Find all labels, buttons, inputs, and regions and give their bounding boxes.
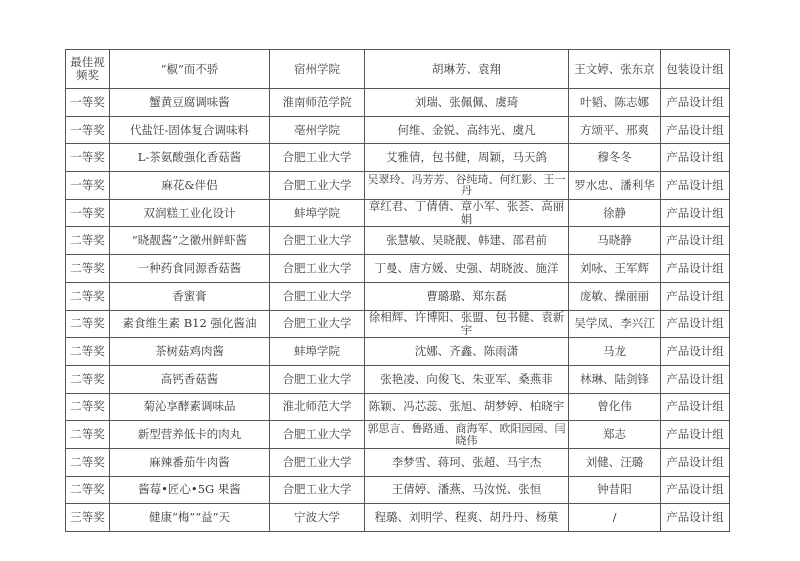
- advisors-cell: 穆冬冬: [569, 144, 661, 172]
- award-cell: 一等奖: [66, 172, 110, 200]
- table-row: 二等奖 新型营养低卡的肉丸 合肥工业大学 郭思言、鲁路通、商海军、欧阳园园、闫晓…: [66, 421, 730, 449]
- school-cell: 蚌埠学院: [270, 199, 365, 227]
- members-cell: 张艳凌、向俊飞、朱亚军、桑燕菲: [365, 365, 569, 393]
- table-row: 一等奖 麻花&伴侣 合肥工业大学 吴翠玲、冯芳芳、谷纯琦、何红影、王一丹 罗水忠…: [66, 172, 730, 200]
- table-row: 三等奖 健康“梅”“益”天 宁波大学 程璐、刘明学、程爽、胡丹丹、杨菓 / 产品…: [66, 504, 730, 532]
- group-cell: 产品设计组: [661, 365, 730, 393]
- advisors-cell: 叶韬、陈志娜: [569, 89, 661, 117]
- table-row: 一等奖 L-茶氨酸强化香菇酱 合肥工业大学 艾雅倩，包书健，周颖，马天鸽 穆冬冬…: [66, 144, 730, 172]
- group-cell: 产品设计组: [661, 393, 730, 421]
- members-cell: 胡琳芳、袁翔: [365, 50, 569, 89]
- awards-table: 最佳视频奖 “椒”而不骄 宿州学院 胡琳芳、袁翔 王文婷、张东京 包装设计组 一…: [65, 49, 730, 532]
- project-cell: 代盐饪-固体复合调味料: [110, 116, 270, 144]
- table-row: 二等奖 香蜜膏 合肥工业大学 曹璐璐、郑东磊 庞敏、操丽丽 产品设计组: [66, 282, 730, 310]
- award-cell: 一等奖: [66, 199, 110, 227]
- table-row: 一等奖 蟹黄豆腐调味酱 淮南师范学院 刘瑞、张佩佩、虞琦 叶韬、陈志娜 产品设计…: [66, 89, 730, 117]
- advisors-cell: 刘咏、王军辉: [569, 255, 661, 283]
- group-cell: 产品设计组: [661, 310, 730, 338]
- award-cell: 二等奖: [66, 476, 110, 504]
- advisors-cell: 林琳、陆剑锋: [569, 365, 661, 393]
- group-cell: 产品设计组: [661, 116, 730, 144]
- award-cell: 一等奖: [66, 116, 110, 144]
- group-cell: 产品设计组: [661, 338, 730, 366]
- table-row: 二等奖 一种药食同源香菇酱 合肥工业大学 丁曼、唐方媛、史强、胡晓波、施洋 刘咏…: [66, 255, 730, 283]
- table-row: 二等奖 麻辣番茄牛肉酱 合肥工业大学 李梦雪、蒋珂、张超、马宇杰 刘健、汪璐 产…: [66, 448, 730, 476]
- advisors-cell: 马晓静: [569, 227, 661, 255]
- group-cell: 产品设计组: [661, 504, 730, 532]
- award-cell: 一等奖: [66, 144, 110, 172]
- advisors-cell: 徐静: [569, 199, 661, 227]
- group-cell: 产品设计组: [661, 227, 730, 255]
- table-row: 最佳视频奖 “椒”而不骄 宿州学院 胡琳芳、袁翔 王文婷、张东京 包装设计组: [66, 50, 730, 89]
- project-cell: 蟹黄豆腐调味酱: [110, 89, 270, 117]
- members-cell: 何维、金锐、高纬光、虞凡: [365, 116, 569, 144]
- table-row: 一等奖 双润糕工业化设计 蚌埠学院 章红君、丁倩倩、章小军、张荟、高丽娟 徐静 …: [66, 199, 730, 227]
- table-row: 二等奖 素食维生素 B12 强化酱油 合肥工业大学 徐相辉、许博阳、张盟、包书健…: [66, 310, 730, 338]
- project-cell: 健康“梅”“益”天: [110, 504, 270, 532]
- table-row: 二等奖 茶树菇鸡肉酱 蚌埠学院 沈娜、齐鑫、陈雨潇 马龙 产品设计组: [66, 338, 730, 366]
- group-cell: 产品设计组: [661, 89, 730, 117]
- table-row: 二等奖 菊沁享酵素调味品 淮北师范大学 陈颖、冯芯蕊、张旭、胡梦婷、柏晓宇 曾化…: [66, 393, 730, 421]
- members-cell: 陈颖、冯芯蕊、张旭、胡梦婷、柏晓宇: [365, 393, 569, 421]
- members-cell: 王倩婷、潘燕、马汝悦、张恒: [365, 476, 569, 504]
- school-cell: 合肥工业大学: [270, 310, 365, 338]
- advisors-cell: 马龙: [569, 338, 661, 366]
- school-cell: 淮南师范学院: [270, 89, 365, 117]
- award-cell: 二等奖: [66, 255, 110, 283]
- advisors-cell: 吴学凤、李兴江: [569, 310, 661, 338]
- school-cell: 合肥工业大学: [270, 476, 365, 504]
- members-cell: 郭思言、鲁路通、商海军、欧阳园园、闫晓伟: [365, 421, 569, 449]
- members-cell: 李梦雪、蒋珂、张超、马宇杰: [365, 448, 569, 476]
- table-row: 二等奖 酱莓•匠心•5G 果酱 合肥工业大学 王倩婷、潘燕、马汝悦、张恒 钟昔阳…: [66, 476, 730, 504]
- school-cell: 合肥工业大学: [270, 365, 365, 393]
- group-cell: 产品设计组: [661, 476, 730, 504]
- school-cell: 宿州学院: [270, 50, 365, 89]
- group-cell: 产品设计组: [661, 199, 730, 227]
- project-cell: 一种药食同源香菇酱: [110, 255, 270, 283]
- members-cell: 沈娜、齐鑫、陈雨潇: [365, 338, 569, 366]
- award-cell: 三等奖: [66, 504, 110, 532]
- project-cell: 麻花&伴侣: [110, 172, 270, 200]
- award-cell: 一等奖: [66, 89, 110, 117]
- members-cell: 丁曼、唐方媛、史强、胡晓波、施洋: [365, 255, 569, 283]
- members-cell: 章红君、丁倩倩、章小军、张荟、高丽娟: [365, 199, 569, 227]
- project-cell: “椒”而不骄: [110, 50, 270, 89]
- members-cell: 张慧敏、吴晓靓、韩建、邵君前: [365, 227, 569, 255]
- members-cell: 刘瑞、张佩佩、虞琦: [365, 89, 569, 117]
- school-cell: 合肥工业大学: [270, 144, 365, 172]
- project-cell: 麻辣番茄牛肉酱: [110, 448, 270, 476]
- members-cell: 程璐、刘明学、程爽、胡丹丹、杨菓: [365, 504, 569, 532]
- school-cell: 合肥工业大学: [270, 282, 365, 310]
- project-cell: 酱莓•匠心•5G 果酱: [110, 476, 270, 504]
- advisors-cell: 方颂平、邢爽: [569, 116, 661, 144]
- school-cell: 合肥工业大学: [270, 421, 365, 449]
- school-cell: 亳州学院: [270, 116, 365, 144]
- school-cell: 合肥工业大学: [270, 227, 365, 255]
- school-cell: 合肥工业大学: [270, 255, 365, 283]
- members-cell: 吴翠玲、冯芳芳、谷纯琦、何红影、王一丹: [365, 172, 569, 200]
- table-row: 二等奖 高钙香菇酱 合肥工业大学 张艳凌、向俊飞、朱亚军、桑燕菲 林琳、陆剑锋 …: [66, 365, 730, 393]
- school-cell: 淮北师范大学: [270, 393, 365, 421]
- award-cell: 二等奖: [66, 448, 110, 476]
- award-cell: 二等奖: [66, 282, 110, 310]
- project-cell: 香蜜膏: [110, 282, 270, 310]
- group-cell: 产品设计组: [661, 172, 730, 200]
- award-cell: 二等奖: [66, 421, 110, 449]
- school-cell: 合肥工业大学: [270, 172, 365, 200]
- project-cell: 新型营养低卡的肉丸: [110, 421, 270, 449]
- group-cell: 产品设计组: [661, 282, 730, 310]
- award-cell: 二等奖: [66, 310, 110, 338]
- advisors-cell: 罗水忠、潘利华: [569, 172, 661, 200]
- group-cell: 产品设计组: [661, 421, 730, 449]
- project-cell: 高钙香菇酱: [110, 365, 270, 393]
- advisors-cell: 王文婷、张东京: [569, 50, 661, 89]
- award-cell: 二等奖: [66, 338, 110, 366]
- award-cell: 二等奖: [66, 393, 110, 421]
- table-row: 二等奖 “晓靓酱”之徽州鲜虾酱 合肥工业大学 张慧敏、吴晓靓、韩建、邵君前 马晓…: [66, 227, 730, 255]
- group-cell: 包装设计组: [661, 50, 730, 89]
- project-cell: “晓靓酱”之徽州鲜虾酱: [110, 227, 270, 255]
- advisors-cell: 庞敏、操丽丽: [569, 282, 661, 310]
- group-cell: 产品设计组: [661, 448, 730, 476]
- project-cell: 茶树菇鸡肉酱: [110, 338, 270, 366]
- advisors-cell: 郑志: [569, 421, 661, 449]
- group-cell: 产品设计组: [661, 144, 730, 172]
- school-cell: 合肥工业大学: [270, 448, 365, 476]
- advisors-cell: 曾化伟: [569, 393, 661, 421]
- project-cell: L-茶氨酸强化香菇酱: [110, 144, 270, 172]
- advisors-cell: /: [569, 504, 661, 532]
- school-cell: 蚌埠学院: [270, 338, 365, 366]
- group-cell: 产品设计组: [661, 255, 730, 283]
- members-cell: 艾雅倩，包书健，周颖，马天鸽: [365, 144, 569, 172]
- award-cell: 二等奖: [66, 227, 110, 255]
- document-page: 最佳视频奖 “椒”而不骄 宿州学院 胡琳芳、袁翔 王文婷、张东京 包装设计组 一…: [0, 0, 800, 561]
- members-cell: 徐相辉、许博阳、张盟、包书健、袁新宇: [365, 310, 569, 338]
- table-row: 一等奖 代盐饪-固体复合调味料 亳州学院 何维、金锐、高纬光、虞凡 方颂平、邢爽…: [66, 116, 730, 144]
- advisors-cell: 钟昔阳: [569, 476, 661, 504]
- project-cell: 双润糕工业化设计: [110, 199, 270, 227]
- advisors-cell: 刘健、汪璐: [569, 448, 661, 476]
- award-cell: 二等奖: [66, 365, 110, 393]
- project-cell: 素食维生素 B12 强化酱油: [110, 310, 270, 338]
- members-cell: 曹璐璐、郑东磊: [365, 282, 569, 310]
- project-cell: 菊沁享酵素调味品: [110, 393, 270, 421]
- award-cell: 最佳视频奖: [66, 50, 110, 89]
- school-cell: 宁波大学: [270, 504, 365, 532]
